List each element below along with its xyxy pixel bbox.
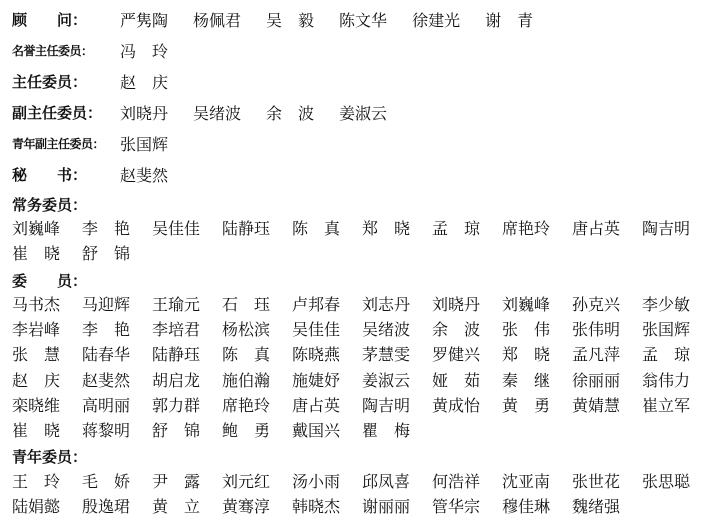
member-names: 赵斐然 — [120, 163, 193, 186]
member-name: 刘巍峰 — [502, 292, 572, 315]
member-name: 唐占英 — [572, 216, 642, 239]
member-name: 杨松滨 — [222, 317, 292, 340]
member-name: 鲍 勇 — [222, 418, 292, 441]
member-name: 郑 晓 — [502, 342, 572, 365]
member-name: 黄婧慧 — [572, 393, 642, 416]
youth-committee-grid: 王 玲毛 娇尹 露刘元红汤小雨邱凤喜何浩祥沈亚南张世花张思聪陆娟懿殷逸珺黄 立黄… — [12, 467, 702, 518]
member-names: 严隽陶杨佩君吴 毅陈文华徐建光谢 青 — [120, 8, 558, 31]
member-name: 黄骞淳 — [222, 494, 292, 517]
member-name: 刘晓丹 — [432, 292, 502, 315]
role-label: 副主任委员： — [12, 102, 120, 123]
member-names: 刘晓丹吴绪波余 波姜淑云 — [120, 101, 412, 124]
member-name: 戴国兴 — [292, 418, 362, 441]
official-row: 副主任委员：刘晓丹吴绪波余 波姜淑云 — [12, 97, 702, 128]
member-name: 赵 庆 — [12, 368, 82, 391]
official-row: 主任委员：赵 庆 — [12, 66, 702, 97]
member-name: 施婕妤 — [292, 368, 362, 391]
member-row: 赵 庆赵斐然胡启龙施伯瀚施婕妤姜淑云娅 茹秦 继徐丽丽翁伟力 — [12, 366, 702, 391]
standing-committee-heading: 常务委员： — [12, 190, 702, 215]
member-name: 刘晓丹 — [120, 101, 168, 124]
member-names: 张国辉 — [120, 132, 193, 155]
member-name: 严隽陶 — [120, 8, 168, 31]
member-name: 刘巍峰 — [12, 216, 82, 239]
role-label: 名誉主任委员： — [12, 42, 120, 59]
member-names: 冯 玲 — [120, 39, 193, 62]
member-name: 孟凡萍 — [572, 342, 642, 365]
member-name: 陆静珏 — [222, 216, 292, 239]
committee-heading: 委 员： — [12, 266, 702, 291]
member-name: 张国辉 — [642, 317, 705, 340]
member-name: 张 慧 — [12, 342, 82, 365]
member-name: 张思聪 — [642, 469, 705, 492]
member-name: 王瑜元 — [152, 292, 222, 315]
officials-section: 顾 问：严隽陶杨佩君吴 毅陈文华徐建光谢 青名誉主任委员：冯 玲主任委员：赵 庆… — [12, 4, 702, 190]
member-name: 毛 娇 — [82, 469, 152, 492]
member-name: 娅 茹 — [432, 368, 502, 391]
committee-roster-document: 顾 问：严隽陶杨佩君吴 毅陈文华徐建光谢 青名誉主任委员：冯 玲主任委员：赵 庆… — [12, 4, 702, 518]
member-name: 崔立军 — [642, 393, 705, 416]
member-name: 蒋黎明 — [82, 418, 152, 441]
member-name: 李培君 — [152, 317, 222, 340]
member-name: 陈晓燕 — [292, 342, 362, 365]
member-name: 陈文华 — [339, 8, 387, 31]
member-name: 栾晓维 — [12, 393, 82, 416]
role-label: 主任委员： — [12, 71, 120, 92]
member-name: 马书杰 — [12, 292, 82, 315]
member-row: 刘巍峰李 艳吴佳佳陆静珏陈 真郑 晓孟 琼席艳玲唐占英陶吉明 — [12, 215, 702, 240]
member-name: 吴绪波 — [193, 101, 241, 124]
member-name: 黄 立 — [152, 494, 222, 517]
member-name: 孙克兴 — [572, 292, 642, 315]
member-name: 吴佳佳 — [152, 216, 222, 239]
member-name: 李少敏 — [642, 292, 705, 315]
member-name: 赵斐然 — [82, 368, 152, 391]
official-row: 名誉主任委员：冯 玲 — [12, 35, 702, 66]
member-row: 王 玲毛 娇尹 露刘元红汤小雨邱凤喜何浩祥沈亚南张世花张思聪 — [12, 467, 702, 492]
member-row: 陆娟懿殷逸珺黄 立黄骞淳韩晓杰谢丽丽管华宗穆佳琳魏绪强 — [12, 493, 702, 518]
member-name: 茅慧雯 — [362, 342, 432, 365]
member-row: 崔 晓蒋黎明舒 锦鲍 勇戴国兴瞿 梅 — [12, 417, 702, 442]
member-name: 罗健兴 — [432, 342, 502, 365]
member-name: 吴 毅 — [266, 8, 314, 31]
member-name: 徐丽丽 — [572, 368, 642, 391]
member-name: 陆静珏 — [152, 342, 222, 365]
member-name: 姜淑云 — [362, 368, 432, 391]
standing-committee-grid: 刘巍峰李 艳吴佳佳陆静珏陈 真郑 晓孟 琼席艳玲唐占英陶吉明崔 晓舒 锦 — [12, 215, 702, 266]
member-row: 马书杰马迎辉王瑜元石 珏卢邦春刘志丹刘晓丹刘巍峰孙克兴李少敏 — [12, 291, 702, 316]
member-name: 张伟明 — [572, 317, 642, 340]
youth-committee-heading: 青年委员： — [12, 442, 702, 467]
member-name: 石 珏 — [222, 292, 292, 315]
member-name: 崔 晓 — [12, 241, 82, 264]
member-name: 李岩峰 — [12, 317, 82, 340]
member-name: 吴绪波 — [362, 317, 432, 340]
member-name: 余 波 — [432, 317, 502, 340]
member-name: 余 波 — [266, 101, 314, 124]
member-name: 黄 勇 — [502, 393, 572, 416]
member-name: 尹 露 — [152, 469, 222, 492]
member-name: 张 伟 — [502, 317, 572, 340]
member-name: 张国辉 — [120, 132, 168, 155]
member-name: 秦 继 — [502, 368, 572, 391]
member-name: 陈 真 — [222, 342, 292, 365]
member-name: 赵斐然 — [120, 163, 168, 186]
member-name: 舒 锦 — [152, 418, 222, 441]
member-name: 刘元红 — [222, 469, 292, 492]
member-name: 管华宗 — [432, 494, 502, 517]
member-name: 唐占英 — [292, 393, 362, 416]
member-name: 卢邦春 — [292, 292, 362, 315]
member-name: 郭力群 — [152, 393, 222, 416]
official-row: 顾 问：严隽陶杨佩君吴 毅陈文华徐建光谢 青 — [12, 4, 702, 35]
member-name: 李 艳 — [82, 216, 152, 239]
member-name: 殷逸珺 — [82, 494, 152, 517]
member-name: 陶吉明 — [642, 216, 705, 239]
member-name: 崔 晓 — [12, 418, 82, 441]
member-row: 崔 晓舒 锦 — [12, 240, 702, 265]
member-name: 杨佩君 — [193, 8, 241, 31]
member-row: 张 慧陆春华陆静珏陈 真陈晓燕茅慧雯罗健兴郑 晓孟凡萍孟 琼 — [12, 341, 702, 366]
member-name: 孟 琼 — [642, 342, 705, 365]
member-name: 胡启龙 — [152, 368, 222, 391]
member-name: 施伯瀚 — [222, 368, 292, 391]
member-name: 瞿 梅 — [362, 418, 432, 441]
member-name: 徐建光 — [412, 8, 460, 31]
role-label: 顾 问： — [12, 9, 120, 30]
member-name: 刘志丹 — [362, 292, 432, 315]
member-name: 翁伟力 — [642, 368, 705, 391]
member-name: 王 玲 — [12, 469, 82, 492]
member-name: 高明丽 — [82, 393, 152, 416]
member-name: 何浩祥 — [432, 469, 502, 492]
member-name: 席艳玲 — [502, 216, 572, 239]
member-name: 谢 青 — [485, 8, 533, 31]
member-row: 栾晓维高明丽郭力群席艳玲唐占英陶吉明黄成怡黄 勇黄婧慧崔立军 — [12, 392, 702, 417]
member-name: 谢丽丽 — [362, 494, 432, 517]
member-name: 韩晓杰 — [292, 494, 362, 517]
member-name: 李 艳 — [82, 317, 152, 340]
member-name: 邱凤喜 — [362, 469, 432, 492]
member-name: 舒 锦 — [82, 241, 152, 264]
member-name: 陆春华 — [82, 342, 152, 365]
member-name: 魏绪强 — [572, 494, 642, 517]
member-name: 孟 琼 — [432, 216, 502, 239]
member-name: 陈 真 — [292, 216, 362, 239]
role-label: 青年副主任委员： — [12, 135, 120, 152]
member-name: 陶吉明 — [362, 393, 432, 416]
member-name: 穆佳琳 — [502, 494, 572, 517]
member-name: 马迎辉 — [82, 292, 152, 315]
member-name: 郑 晓 — [362, 216, 432, 239]
member-name: 沈亚南 — [502, 469, 572, 492]
member-name: 黄成怡 — [432, 393, 502, 416]
member-name: 吴佳佳 — [292, 317, 362, 340]
official-row: 秘 书：赵斐然 — [12, 159, 702, 190]
member-name: 张世花 — [572, 469, 642, 492]
official-row: 青年副主任委员：张国辉 — [12, 128, 702, 159]
member-name: 姜淑云 — [339, 101, 387, 124]
member-name: 赵 庆 — [120, 70, 168, 93]
member-name: 席艳玲 — [222, 393, 292, 416]
member-name: 汤小雨 — [292, 469, 362, 492]
member-name: 陆娟懿 — [12, 494, 82, 517]
committee-grid: 马书杰马迎辉王瑜元石 珏卢邦春刘志丹刘晓丹刘巍峰孙克兴李少敏李岩峰李 艳李培君杨… — [12, 291, 702, 443]
member-row: 李岩峰李 艳李培君杨松滨吴佳佳吴绪波余 波张 伟张伟明张国辉 — [12, 316, 702, 341]
member-name: 冯 玲 — [120, 39, 168, 62]
role-label: 秘 书： — [12, 164, 120, 185]
member-names: 赵 庆 — [120, 70, 193, 93]
